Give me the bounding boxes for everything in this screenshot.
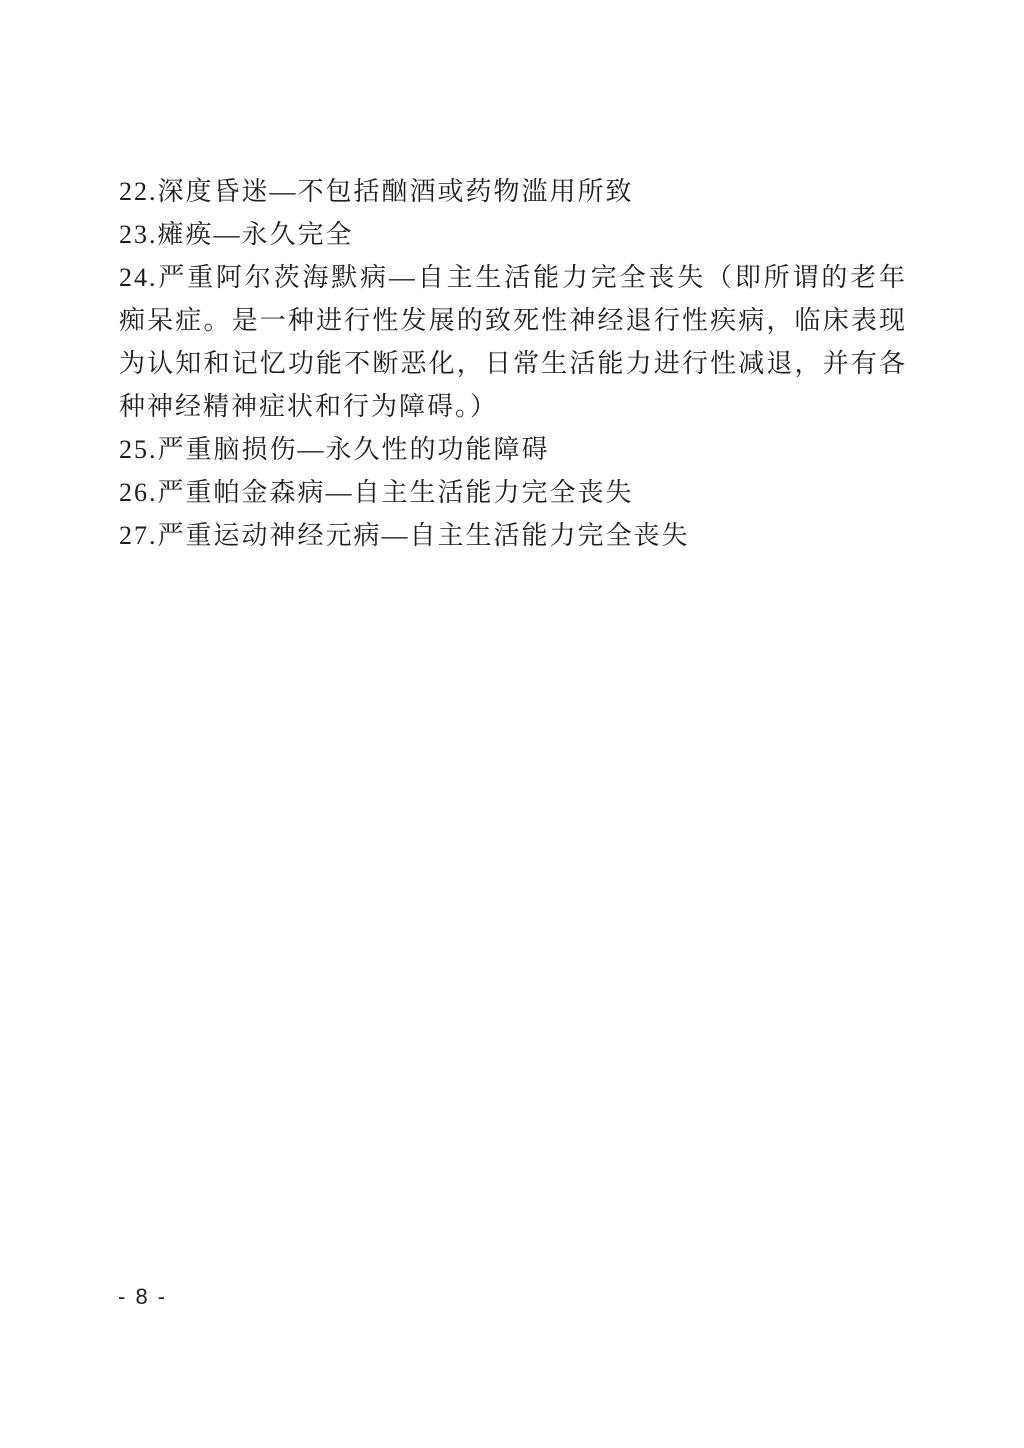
- document-body: 22.深度昏迷—不包括酗酒或药物滥用所致 23.瘫痪—永久完全 24.严重阿尔茨…: [119, 170, 907, 557]
- document-page: 22.深度昏迷—不包括酗酒或药物滥用所致 23.瘫痪—永久完全 24.严重阿尔茨…: [0, 0, 1024, 1448]
- clause-item-22: 22.深度昏迷—不包括酗酒或药物滥用所致: [119, 170, 907, 213]
- clause-item-27: 27.严重运动神经元病—自主生活能力完全丧失: [119, 514, 907, 557]
- clause-item-25: 25.严重脑损伤—永久性的功能障碍: [119, 428, 907, 471]
- clause-item-24: 24.严重阿尔茨海默病—自主生活能力完全丧失（即所谓的老年痴呆症。是一种进行性发…: [119, 256, 907, 428]
- clause-item-26: 26.严重帕金森病—自主生活能力完全丧失: [119, 471, 907, 514]
- page-number: - 8 -: [118, 1284, 167, 1310]
- clause-item-23: 23.瘫痪—永久完全: [119, 213, 907, 256]
